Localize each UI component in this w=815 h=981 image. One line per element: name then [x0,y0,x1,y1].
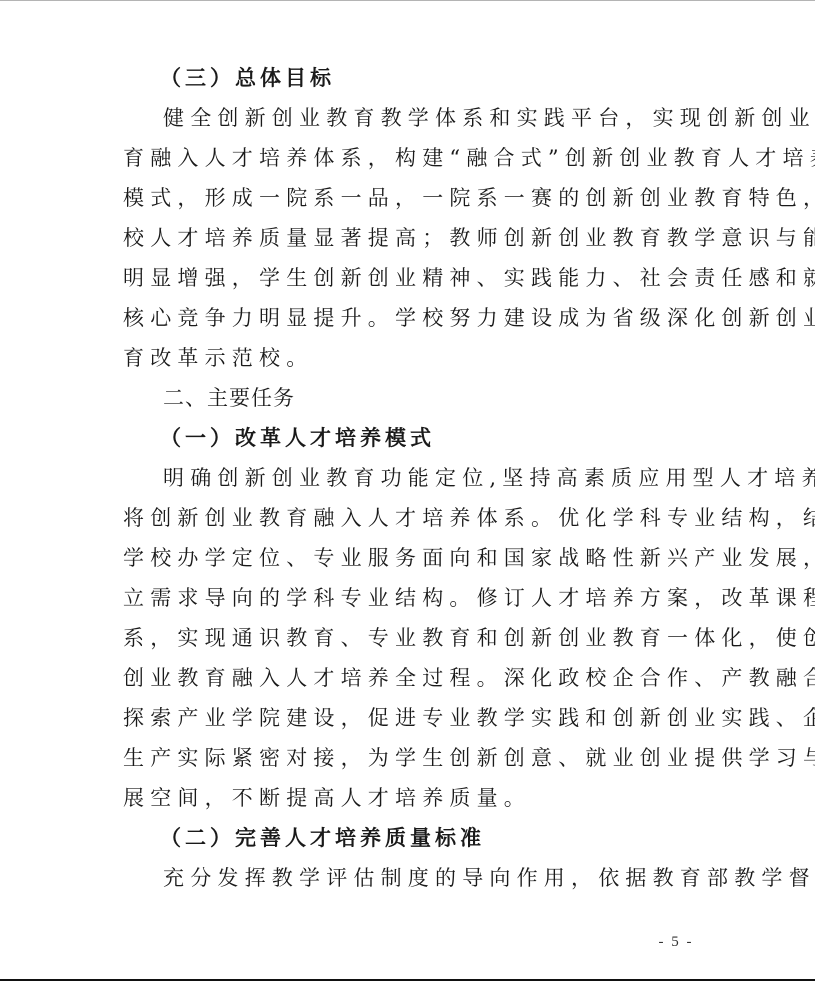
paragraph-line: 模式，形成一院系一品，一院系一赛的创新创业教育特色，学 [123,178,695,218]
paragraph-line: 育融入人才培养体系，构建“融合式”创新创业教育人才培养 [123,138,695,178]
document-page: （三）总体目标 健全创新创业教育教学体系和实践平台，实现创新创业教 育融入人才培… [0,0,815,979]
paragraph-line: 明显增强，学生创新创业精神、实践能力、社会责任感和就业 [123,258,695,298]
paragraph-line: 系，实现通识教育、专业教育和创新创业教育一体化，使创新 [123,618,695,658]
paragraph-line: 育改革示范校。 [123,338,695,378]
page-number: - 5 - [646,930,706,954]
chapter-heading-main-tasks: 二、主要任务 [163,378,295,418]
paragraph-line: 健全创新创业教育教学体系和实践平台，实现创新创业教 [163,98,695,138]
section-heading-overall-goals: （三）总体目标 [160,58,335,98]
section-heading-reform-training-model: （一）改革人才培养模式 [160,418,435,458]
paragraph-line: 学校办学定位、专业服务面向和国家战略性新兴产业发展，建 [123,538,695,578]
paragraph-line: 核心竞争力明显提升。学校努力建设成为省级深化创新创业教 [123,298,695,338]
paragraph-line: 生产实际紧密对接，为学生创新创意、就业创业提供学习与发 [123,738,695,778]
paragraph-line: 校人才培养质量显著提高；教师创新创业教育教学意识与能力 [123,218,695,258]
paragraph-line: 明确创新创业教育功能定位,坚持高素质应用型人才培养, [163,458,695,498]
paragraph-line: 充分发挥教学评估制度的导向作用，依据教育部教学督导 [163,858,695,898]
section-heading-quality-standards: （二）完善人才培养质量标准 [160,818,485,858]
paragraph-line: 创业教育融入人才培养全过程。深化政校企合作、产教融合， [123,658,695,698]
paragraph-line: 展空间，不断提高人才培养质量。 [123,778,695,818]
paragraph-line: 立需求导向的学科专业结构。修订人才培养方案，改革课程体 [123,578,695,618]
paragraph-line: 探索产业学院建设，促进专业教学实践和创新创业实践、企业 [123,698,695,738]
paragraph-line: 将创新创业教育融入人才培养体系。优化学科专业结构，结合 [123,498,695,538]
